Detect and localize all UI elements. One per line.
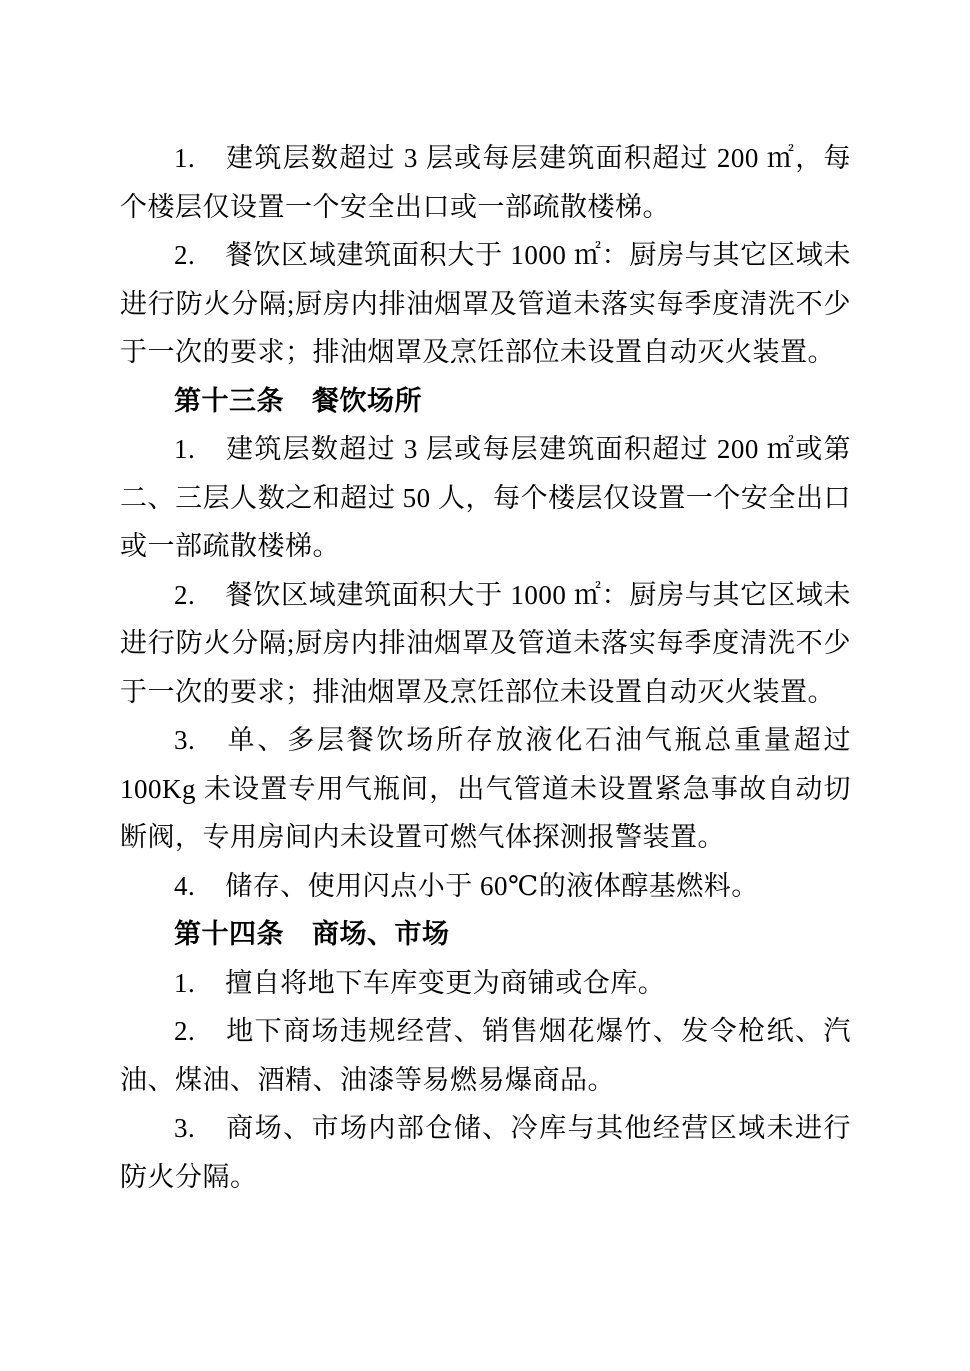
item-number: 3. — [174, 1113, 195, 1143]
article-title: 餐饮场所 — [312, 386, 422, 416]
article-heading: 第十三条餐饮场所 — [120, 377, 851, 426]
article-number: 第十四条 — [174, 919, 284, 949]
item-number: 2. — [174, 1016, 195, 1046]
list-item: 1.擅自将地下车库变更为商铺或仓库。 — [120, 959, 851, 1008]
item-number: 2. — [174, 580, 195, 610]
item-text: 餐饮区域建筑面积大于 1000 ㎡：厨房与其它区域未进行防火分隔;厨房内排油烟罩… — [120, 580, 851, 707]
document-page: 1.建筑层数超过 3 层或每层建筑面积超过 200 ㎡，每个楼层仅设置一个安全出… — [0, 0, 970, 1371]
article-title: 商场、市场 — [312, 919, 450, 949]
list-item: 3.单、多层餐饮场所存放液化石油气瓶总重量超过 100Kg 未设置专用气瓶间，出… — [120, 716, 851, 862]
list-item: 2.餐饮区域建筑面积大于 1000 ㎡：厨房与其它区域未进行防火分隔;厨房内排油… — [120, 571, 851, 717]
item-number: 4. — [174, 871, 195, 901]
item-number: 1. — [174, 143, 195, 173]
item-text: 建筑层数超过 3 层或每层建筑面积超过 200 ㎡或第二、三层人数之和超过 50… — [120, 434, 851, 561]
document-content: 1.建筑层数超过 3 层或每层建筑面积超过 200 ㎡，每个楼层仅设置一个安全出… — [120, 134, 851, 1201]
list-item: 3.商场、市场内部仓储、冷库与其他经营区域未进行防火分隔。 — [120, 1104, 851, 1201]
list-item: 1.建筑层数超过 3 层或每层建筑面积超过 200 ㎡，每个楼层仅设置一个安全出… — [120, 134, 851, 231]
item-text: 储存、使用闪点小于 60℃的液体醇基燃料。 — [225, 871, 758, 901]
item-number: 2. — [174, 240, 195, 270]
item-text: 地下商场违规经营、销售烟花爆竹、发令枪纸、汽油、煤油、酒精、油漆等易燃易爆商品。 — [120, 1016, 851, 1095]
list-item: 1.建筑层数超过 3 层或每层建筑面积超过 200 ㎡或第二、三层人数之和超过 … — [120, 425, 851, 571]
item-number: 3. — [174, 725, 195, 755]
item-text: 擅自将地下车库变更为商铺或仓库。 — [225, 968, 665, 998]
item-number: 1. — [174, 968, 195, 998]
list-item: 2.地下商场违规经营、销售烟花爆竹、发令枪纸、汽油、煤油、酒精、油漆等易燃易爆商… — [120, 1007, 851, 1104]
list-item: 2.餐饮区域建筑面积大于 1000 ㎡：厨房与其它区域未进行防火分隔;厨房内排油… — [120, 231, 851, 377]
item-text: 单、多层餐饮场所存放液化石油气瓶总重量超过 100Kg 未设置专用气瓶间，出气管… — [120, 725, 851, 852]
article-heading: 第十四条商场、市场 — [120, 910, 851, 959]
list-item: 4.储存、使用闪点小于 60℃的液体醇基燃料。 — [120, 862, 851, 911]
item-number: 1. — [174, 434, 195, 464]
item-text: 餐饮区域建筑面积大于 1000 ㎡：厨房与其它区域未进行防火分隔;厨房内排油烟罩… — [120, 240, 851, 367]
article-number: 第十三条 — [174, 386, 284, 416]
item-text: 建筑层数超过 3 层或每层建筑面积超过 200 ㎡，每个楼层仅设置一个安全出口或… — [120, 143, 851, 222]
item-text: 商场、市场内部仓储、冷库与其他经营区域未进行防火分隔。 — [120, 1113, 851, 1192]
